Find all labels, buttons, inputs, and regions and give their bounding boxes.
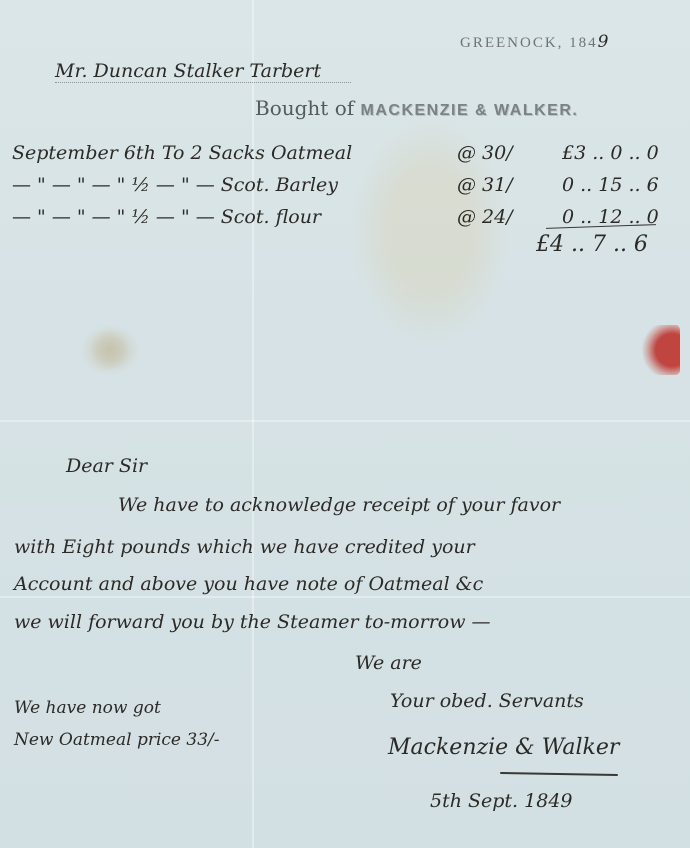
- letter-line: Account and above you have note of Oatme…: [14, 573, 483, 595]
- postscript-line: We have now got: [14, 698, 161, 718]
- invoice-row: — " — " — " ½ — " — Scot. Barley @ 31/ 0…: [12, 174, 672, 204]
- letterhead-town: GREENOCK, 1849: [460, 32, 611, 52]
- item-description: — " — " — " ½ — " — Scot. Barley: [12, 174, 338, 196]
- letter-line: with Eight pounds which we have credited…: [14, 536, 475, 558]
- item-amount: 0 .. 15 .. 6: [562, 174, 659, 196]
- item-amount: £3 .. 0 .. 0: [562, 142, 659, 164]
- item-description: September 6th To 2 Sacks Oatmeal: [12, 142, 352, 164]
- salutation: Dear Sir: [66, 455, 147, 477]
- item-description: — " — " — " ½ — " — Scot. flour: [12, 206, 321, 228]
- closing-we-are: We are: [355, 652, 422, 674]
- addressee: Mr. Duncan Stalker Tarbert: [55, 60, 351, 83]
- letter-line: We have to acknowledge receipt of your f…: [118, 494, 560, 516]
- closing-servants: Your obed. Servants: [390, 690, 584, 712]
- signature-underline: [500, 772, 618, 776]
- letter-page: GREENOCK, 1849 Mr. Duncan Stalker Tarber…: [0, 0, 690, 848]
- letter-date: 5th Sept. 1849: [430, 790, 573, 812]
- item-rate: @ 30/: [457, 142, 513, 164]
- invoice-total: £4 .. 7 .. 6: [536, 232, 648, 257]
- paper-fold-vertical: [252, 0, 254, 848]
- item-rate: @ 31/: [457, 174, 513, 196]
- paper-fold-horizontal: [0, 420, 690, 422]
- letterhead-bought-of: Bought of MACKENZIE & WALKER.: [255, 96, 578, 120]
- printed-town-year: GREENOCK, 184: [460, 35, 598, 51]
- handwritten-year-digit: 9: [598, 32, 611, 52]
- paper-fold-horizontal: [0, 596, 690, 598]
- invoice-row: September 6th To 2 Sacks Oatmeal @ 30/ £…: [12, 142, 672, 172]
- red-wax-seal-remnant: [640, 325, 680, 375]
- item-rate: @ 24/: [457, 206, 513, 228]
- postscript-line: New Oatmeal price 33/-: [14, 730, 220, 750]
- paper-stain: [88, 330, 132, 370]
- letter-line: we will forward you by the Steamer to-mo…: [14, 611, 491, 633]
- signature: Mackenzie & Walker: [388, 735, 619, 760]
- firm-name: MACKENZIE & WALKER.: [361, 102, 579, 119]
- bought-of-label: Bought of: [255, 96, 354, 120]
